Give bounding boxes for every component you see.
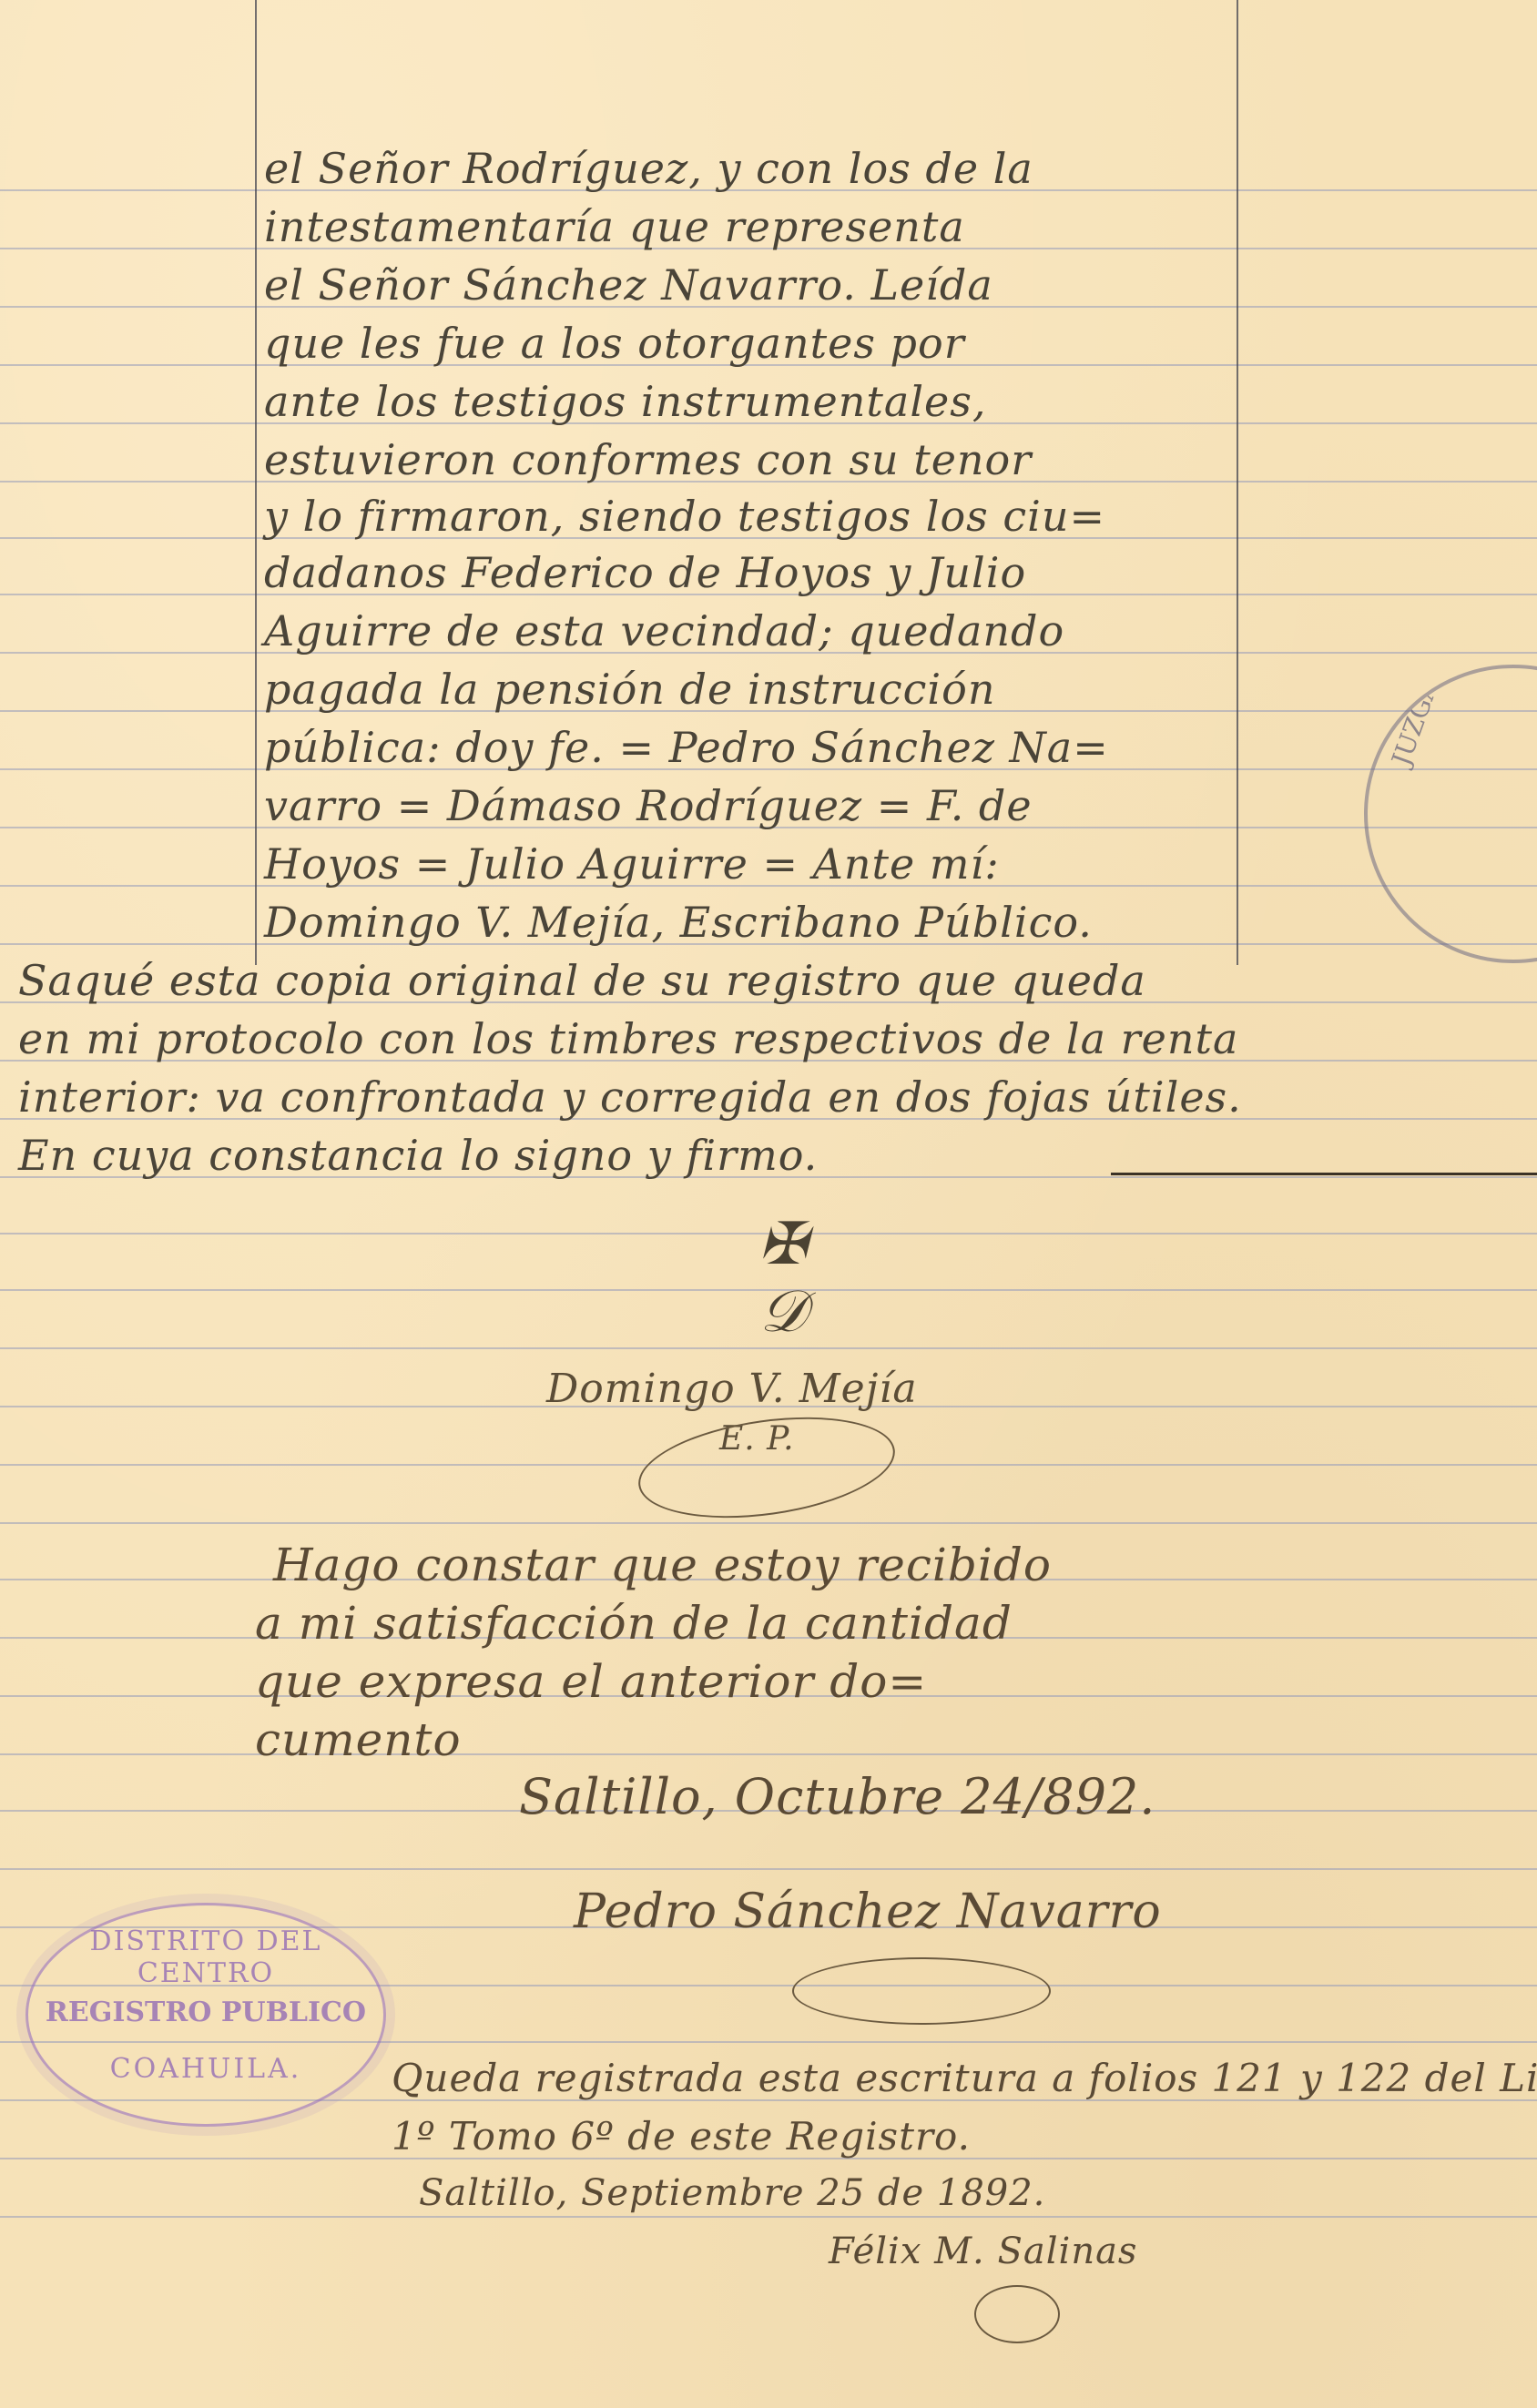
registry-date: Saltillo, Septiembre 25 de 1892. — [419, 2172, 1045, 2214]
ruled-line — [0, 1522, 1537, 1524]
registry-line: Queda registrada esta escritura a folios… — [392, 2056, 1537, 2100]
deed-line: ante los testigos instrumentales, — [264, 377, 986, 426]
notary-monogram-icon: ✠𝒟 — [756, 1211, 810, 1338]
registry-stamp: DISTRITO DEL CENTRO REGISTRO PUBLICO COA… — [25, 1903, 386, 2127]
receipt-line: a mi satisfacción de la cantidad — [255, 1597, 1013, 1650]
receipt-date: Saltillo, Octubre 24/892. — [519, 1768, 1155, 1825]
certification-line: En cuya constancia lo signo y firmo. — [18, 1131, 818, 1180]
signature-flourish — [974, 2285, 1060, 2343]
receipt-line: Hago constar que estoy recibido — [273, 1539, 1052, 1591]
notary-signature: Domingo V. Mejía — [546, 1366, 918, 1412]
left-margin-line — [255, 0, 257, 965]
deed-line: Aguirre de esta vecindad; quedando — [264, 606, 1064, 655]
stamp-bottom-text: COAHUILA. — [28, 2053, 383, 2085]
ruled-line — [0, 2216, 1537, 2218]
deed-line: intestamentaría que representa — [264, 202, 965, 251]
stamp-middle-text: REGISTRO PUBLICO — [28, 1997, 383, 2028]
ruled-line — [0, 1347, 1537, 1349]
signature-flourish — [792, 1957, 1051, 2025]
certification-line: Saqué esta copia original de su registro… — [18, 956, 1146, 1005]
seal-text: JUZGADO DE LE... — [1386, 665, 1498, 769]
deed-line: el Señor Rodríguez, y con los de la — [264, 144, 1033, 193]
ruled-line — [0, 1753, 1537, 1755]
closing-dash-line — [1111, 1173, 1537, 1175]
deed-line: pública: doy fe. = Pedro Sánchez Na= — [264, 723, 1109, 772]
receipt-signature: Pedro Sánchez Navarro — [574, 1885, 1162, 1939]
certification-line: interior: va confrontada y corregida en … — [18, 1072, 1242, 1122]
deed-line: Domingo V. Mejía, Escribano Público. — [264, 898, 1093, 947]
deed-line: Hoyos = Julio Aguirre = Ante mí: — [264, 839, 1000, 889]
deed-line: pagada la pensión de instrucción — [264, 665, 995, 714]
deed-line: dadanos Federico de Hoyos y Julio — [264, 548, 1026, 597]
receipt-line: cumento — [255, 1713, 462, 1766]
right-margin-line — [1237, 0, 1238, 965]
registrar-signature: Félix M. Salinas — [829, 2230, 1137, 2272]
signature-flourish — [632, 1403, 901, 1533]
deed-line: que les fue a los otorgantes por — [264, 319, 965, 368]
deed-line: el Señor Sánchez Navarro. Leída — [264, 260, 993, 310]
ruled-line — [0, 1868, 1537, 1870]
certification-line: en mi protocolo con los timbres respecti… — [18, 1014, 1238, 1063]
document-page: el Señor Rodríguez, y con los de la inte… — [0, 0, 1537, 2408]
deed-line: y lo firmaron, siendo testigos los ciu= — [264, 492, 1105, 541]
deed-line: varro = Dámaso Rodríguez = F. de — [264, 781, 1033, 830]
deed-line: estuvieron conformes con su tenor — [264, 435, 1032, 484]
receipt-line: que expresa el anterior do= — [255, 1655, 927, 1708]
registry-line: 1º Tomo 6º de este Registro. — [392, 2114, 971, 2159]
stamp-top-text: DISTRITO DEL CENTRO — [28, 1925, 383, 1989]
